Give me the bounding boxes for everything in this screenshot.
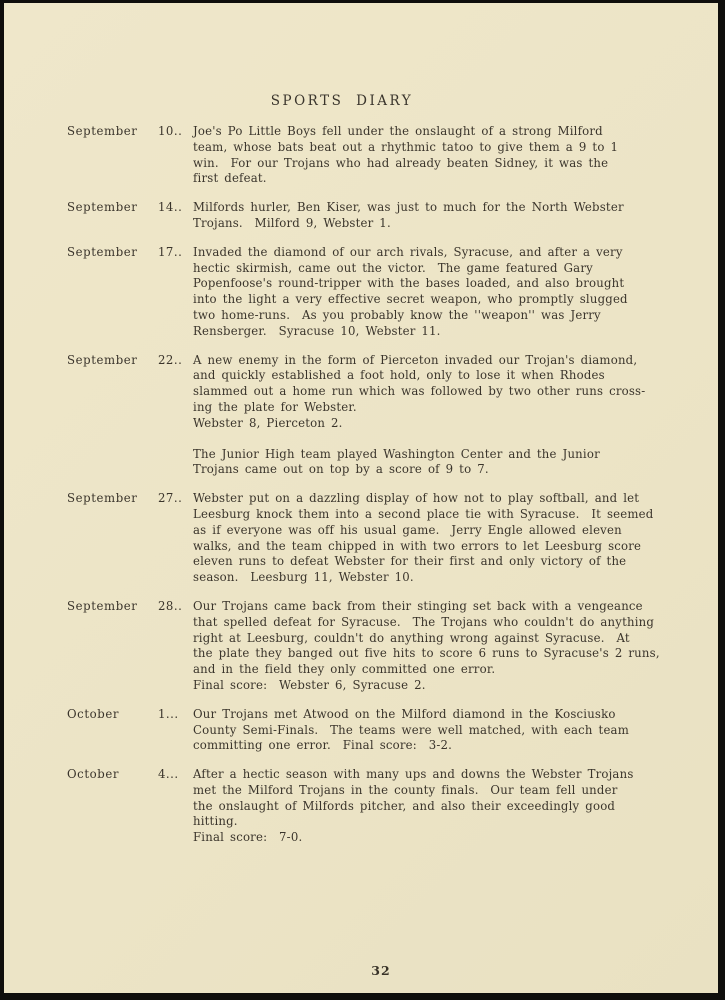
entry-line: Webster put on a dazzling display of how… (193, 491, 702, 507)
entry-month-label: September (67, 245, 158, 261)
entry-paragraph: After a hectic season with many ups and … (193, 767, 702, 846)
entry-line: committing one error. Final score: 3-2. (193, 738, 702, 754)
entry-day-label: 10.. (158, 124, 193, 140)
entry-day-label: 28.. (158, 599, 193, 615)
entry-line: hitting. (193, 814, 702, 830)
page-title: SPORTS DIARY (4, 93, 718, 109)
entry-paragraph: Invaded the diamond of our arch rivals, … (193, 245, 702, 340)
entry-month-label: September (67, 491, 158, 507)
entry-line: win. For our Trojans who had already bea… (193, 156, 702, 172)
entry-body: Webster put on a dazzling display of how… (193, 491, 702, 586)
entry-line: and in the field they only committed one… (193, 662, 702, 678)
entry-line: into the light a very effective secret w… (193, 292, 702, 308)
entry-line: slammed out a home run which was followe… (193, 384, 702, 400)
entry-paragraph: The Junior High team played Washington C… (193, 447, 702, 479)
entry-month-label: October (67, 707, 158, 723)
entry-day-label: 17.. (158, 245, 193, 261)
entry-line: walks, and the team chipped in with two … (193, 539, 702, 555)
entry-line: Rensberger. Syracuse 10, Webster 11. (193, 324, 702, 340)
entry-line: Final score: 7-0. (193, 830, 702, 846)
entry-line: team, whose bats beat out a rhythmic tat… (193, 140, 702, 156)
entry-paragraph: Our Trojans met Atwood on the Milford di… (193, 707, 702, 754)
entry-line: the plate they banged out five hits to s… (193, 646, 702, 662)
entry-line: first defeat. (193, 171, 702, 187)
entry-line: right at Leesburg, couldn't do anything … (193, 631, 702, 647)
entry-line: as if everyone was off his usual game. J… (193, 523, 702, 539)
entry-paragraph: Webster put on a dazzling display of how… (193, 491, 702, 586)
entry-body: A new enemy in the form of Pierceton inv… (193, 353, 702, 479)
entry-paragraph: Our Trojans came back from their stingin… (193, 599, 702, 694)
entry-line: the onslaught of Milfords pitcher, and a… (193, 799, 702, 815)
page-number: 32 (4, 963, 718, 978)
entry-line: eleven runs to defeat Webster for their … (193, 554, 702, 570)
entry-month-label: October (67, 767, 158, 783)
entry-line: Final score: Webster 6, Syracuse 2. (193, 678, 702, 694)
entry-line: County Semi-Finals. The teams were well … (193, 723, 702, 739)
entry-line: Trojans came out on top by a score of 9 … (193, 462, 702, 478)
entry-body: Invaded the diamond of our arch rivals, … (193, 245, 702, 340)
entry-line: Popenfoose's round-tripper with the base… (193, 276, 702, 292)
entry-line: two home-runs. As you probably know the … (193, 308, 702, 324)
diary-entries: September 10.. Joe's Po Little Boys fell… (67, 124, 702, 859)
entry-line: After a hectic season with many ups and … (193, 767, 702, 783)
entry-line: The Junior High team played Washington C… (193, 447, 702, 463)
entry-line: season. Leesburg 11, Webster 10. (193, 570, 702, 586)
entry-paragraph: A new enemy in the form of Pierceton inv… (193, 353, 702, 432)
entry-day-label: 14.. (158, 200, 193, 216)
entry-day-label: 4... (158, 767, 193, 783)
entry-line: that spelled defeat for Syracuse. The Tr… (193, 615, 702, 631)
diary-entry: September 10.. Joe's Po Little Boys fell… (67, 124, 702, 187)
entry-paragraph: Milfords hurler, Ben Kiser, was just to … (193, 200, 702, 232)
entry-line: met the Milford Trojans in the county fi… (193, 783, 702, 799)
entry-line: A new enemy in the form of Pierceton inv… (193, 353, 702, 369)
entry-line: Our Trojans came back from their stingin… (193, 599, 702, 615)
entry-line: Joe's Po Little Boys fell under the onsl… (193, 124, 702, 140)
entry-line: Our Trojans met Atwood on the Milford di… (193, 707, 702, 723)
entry-line: Invaded the diamond of our arch rivals, … (193, 245, 702, 261)
entry-line: Milfords hurler, Ben Kiser, was just to … (193, 200, 702, 216)
entry-month-label: September (67, 200, 158, 216)
scanned-diary-page: SPORTS DIARY September 10.. Joe's Po Lit… (4, 3, 718, 993)
diary-entry: September 17.. Invaded the diamond of ou… (67, 245, 702, 340)
entry-line: Trojans. Milford 9, Webster 1. (193, 216, 702, 232)
entry-body: Joe's Po Little Boys fell under the onsl… (193, 124, 702, 187)
entry-month-label: September (67, 353, 158, 369)
entry-day-label: 22.. (158, 353, 193, 369)
entry-month-label: September (67, 124, 158, 140)
entry-line: ing the plate for Webster. (193, 400, 702, 416)
entry-line: hectic skirmish, came out the victor. Th… (193, 261, 702, 277)
entry-body: Our Trojans met Atwood on the Milford di… (193, 707, 702, 754)
entry-line: Webster 8, Pierceton 2. (193, 416, 702, 432)
entry-body: Milfords hurler, Ben Kiser, was just to … (193, 200, 702, 232)
entry-paragraph: Joe's Po Little Boys fell under the onsl… (193, 124, 702, 187)
diary-entry: September 27.. Webster put on a dazzling… (67, 491, 702, 586)
entry-line: and quickly established a foot hold, onl… (193, 368, 702, 384)
diary-entry: September 22.. A new enemy in the form o… (67, 353, 702, 479)
entry-line: Leesburg knock them into a second place … (193, 507, 702, 523)
diary-entry: September 14.. Milfords hurler, Ben Kise… (67, 200, 702, 232)
entry-month-label: September (67, 599, 158, 615)
entry-body: After a hectic season with many ups and … (193, 767, 702, 846)
entry-body: Our Trojans came back from their stingin… (193, 599, 702, 694)
diary-entry: October 1... Our Trojans met Atwood on t… (67, 707, 702, 754)
diary-entry: September 28.. Our Trojans came back fro… (67, 599, 702, 694)
diary-entry: October 4... After a hectic season with … (67, 767, 702, 846)
entry-day-label: 1... (158, 707, 193, 723)
entry-day-label: 27.. (158, 491, 193, 507)
